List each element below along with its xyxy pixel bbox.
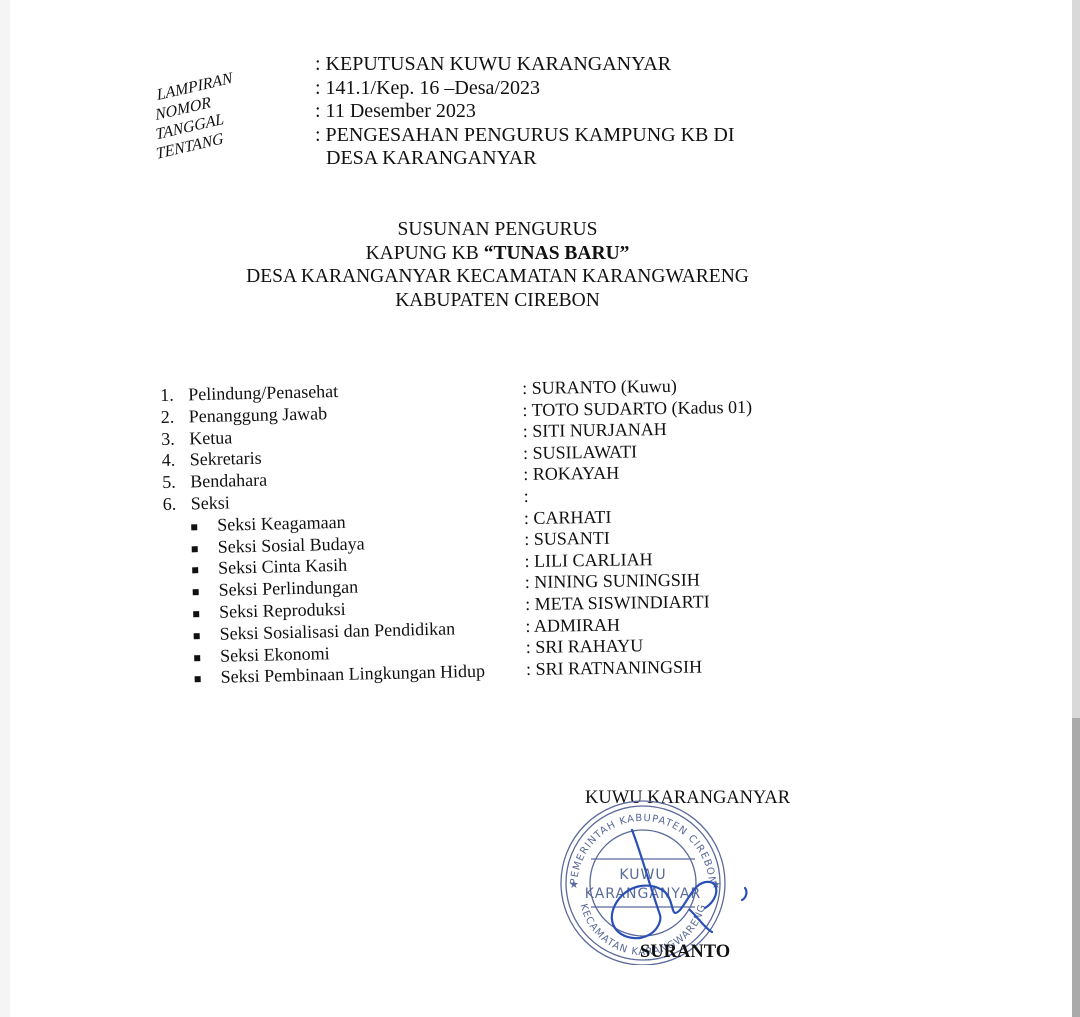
square-bullet-icon: [193, 611, 199, 617]
role-number: 2.: [160, 406, 188, 428]
title-line-2-prefix: KAPUNG KB: [366, 243, 484, 264]
value-nomor: : 141.1/Kep. 16 –Desa/2023: [315, 77, 734, 101]
role-number: 1.: [160, 384, 188, 406]
role-number: 4.: [161, 450, 189, 472]
role-label: Sekretaris: [189, 448, 261, 471]
document-title: SUSUNAN PENGURUS KAPUNG KB “TUNAS BARU” …: [240, 218, 755, 312]
seksi-label: Seksi Perlindungan: [218, 577, 358, 602]
names-list: : SURANTO (Kuwu): TOTO SUDARTO (Kadus 01…: [522, 375, 756, 680]
role-label: Ketua: [189, 427, 232, 450]
role-label: Seksi: [190, 492, 230, 515]
seksi-label: Seksi Ekonomi: [220, 643, 330, 667]
roles-list: 1.Pelindung/Penasehat2.Penanggung Jawab3…: [160, 378, 485, 690]
document-page: LAMPIRAN NOMOR TANGGAL TENTANG : KEPUTUS…: [10, 0, 1072, 1017]
handwritten-signature: [570, 810, 770, 960]
seksi-label: Seksi Pembinaan Lingkungan Hidup: [220, 661, 485, 689]
value-tentang-continued: DESA KARANGANYAR: [315, 147, 734, 171]
title-line-4: KABUPATEN CIREBON: [240, 289, 755, 313]
header-values: : KEPUTUSAN KUWU KARANGANYAR : 141.1/Kep…: [315, 53, 734, 171]
title-line-2: KAPUNG KB “TUNAS BARU”: [240, 242, 755, 266]
square-bullet-icon: [195, 677, 201, 683]
value-tentang: : PENGESAHAN PENGURUS KAMPUNG KB DI: [315, 124, 734, 148]
square-bullet-icon: [191, 524, 197, 530]
role-number: 6.: [162, 493, 190, 515]
square-bullet-icon: [193, 589, 199, 595]
square-bullet-icon: [194, 655, 200, 661]
title-line-3: DESA KARANGANYAR KECAMATAN KARANGWARENG: [240, 265, 755, 289]
title-line-2-name: “TUNAS BARU”: [484, 243, 630, 264]
scrollbar-thumb[interactable]: [1072, 718, 1080, 1017]
header-labels: LAMPIRAN NOMOR TANGGAL TENTANG: [148, 69, 240, 164]
square-bullet-icon: [192, 546, 198, 552]
role-label: Penanggung Jawab: [188, 403, 327, 428]
square-bullet-icon: [192, 568, 198, 574]
value-lampiran: : KEPUTUSAN KUWU KARANGANYAR: [315, 53, 734, 77]
title-line-1: SUSUNAN PENGURUS: [240, 218, 755, 242]
value-tanggal: : 11 Desember 2023: [315, 100, 734, 124]
member-name: : TOTO SUDARTO (Kadus 01): [522, 396, 752, 421]
role-number: 5.: [162, 472, 190, 494]
seksi-label: Seksi Reproduksi: [219, 599, 346, 624]
seksi-label: Seksi Keagamaan: [217, 512, 346, 537]
seksi-member-name: : SRI RATNANINGSIH: [526, 655, 756, 680]
square-bullet-icon: [194, 633, 200, 639]
signature-name: SURANTO: [640, 942, 730, 963]
role-number: 3.: [161, 428, 189, 450]
seksi-label: Seksi Cinta Kasih: [218, 555, 347, 580]
role-label: Bendahara: [190, 470, 267, 494]
